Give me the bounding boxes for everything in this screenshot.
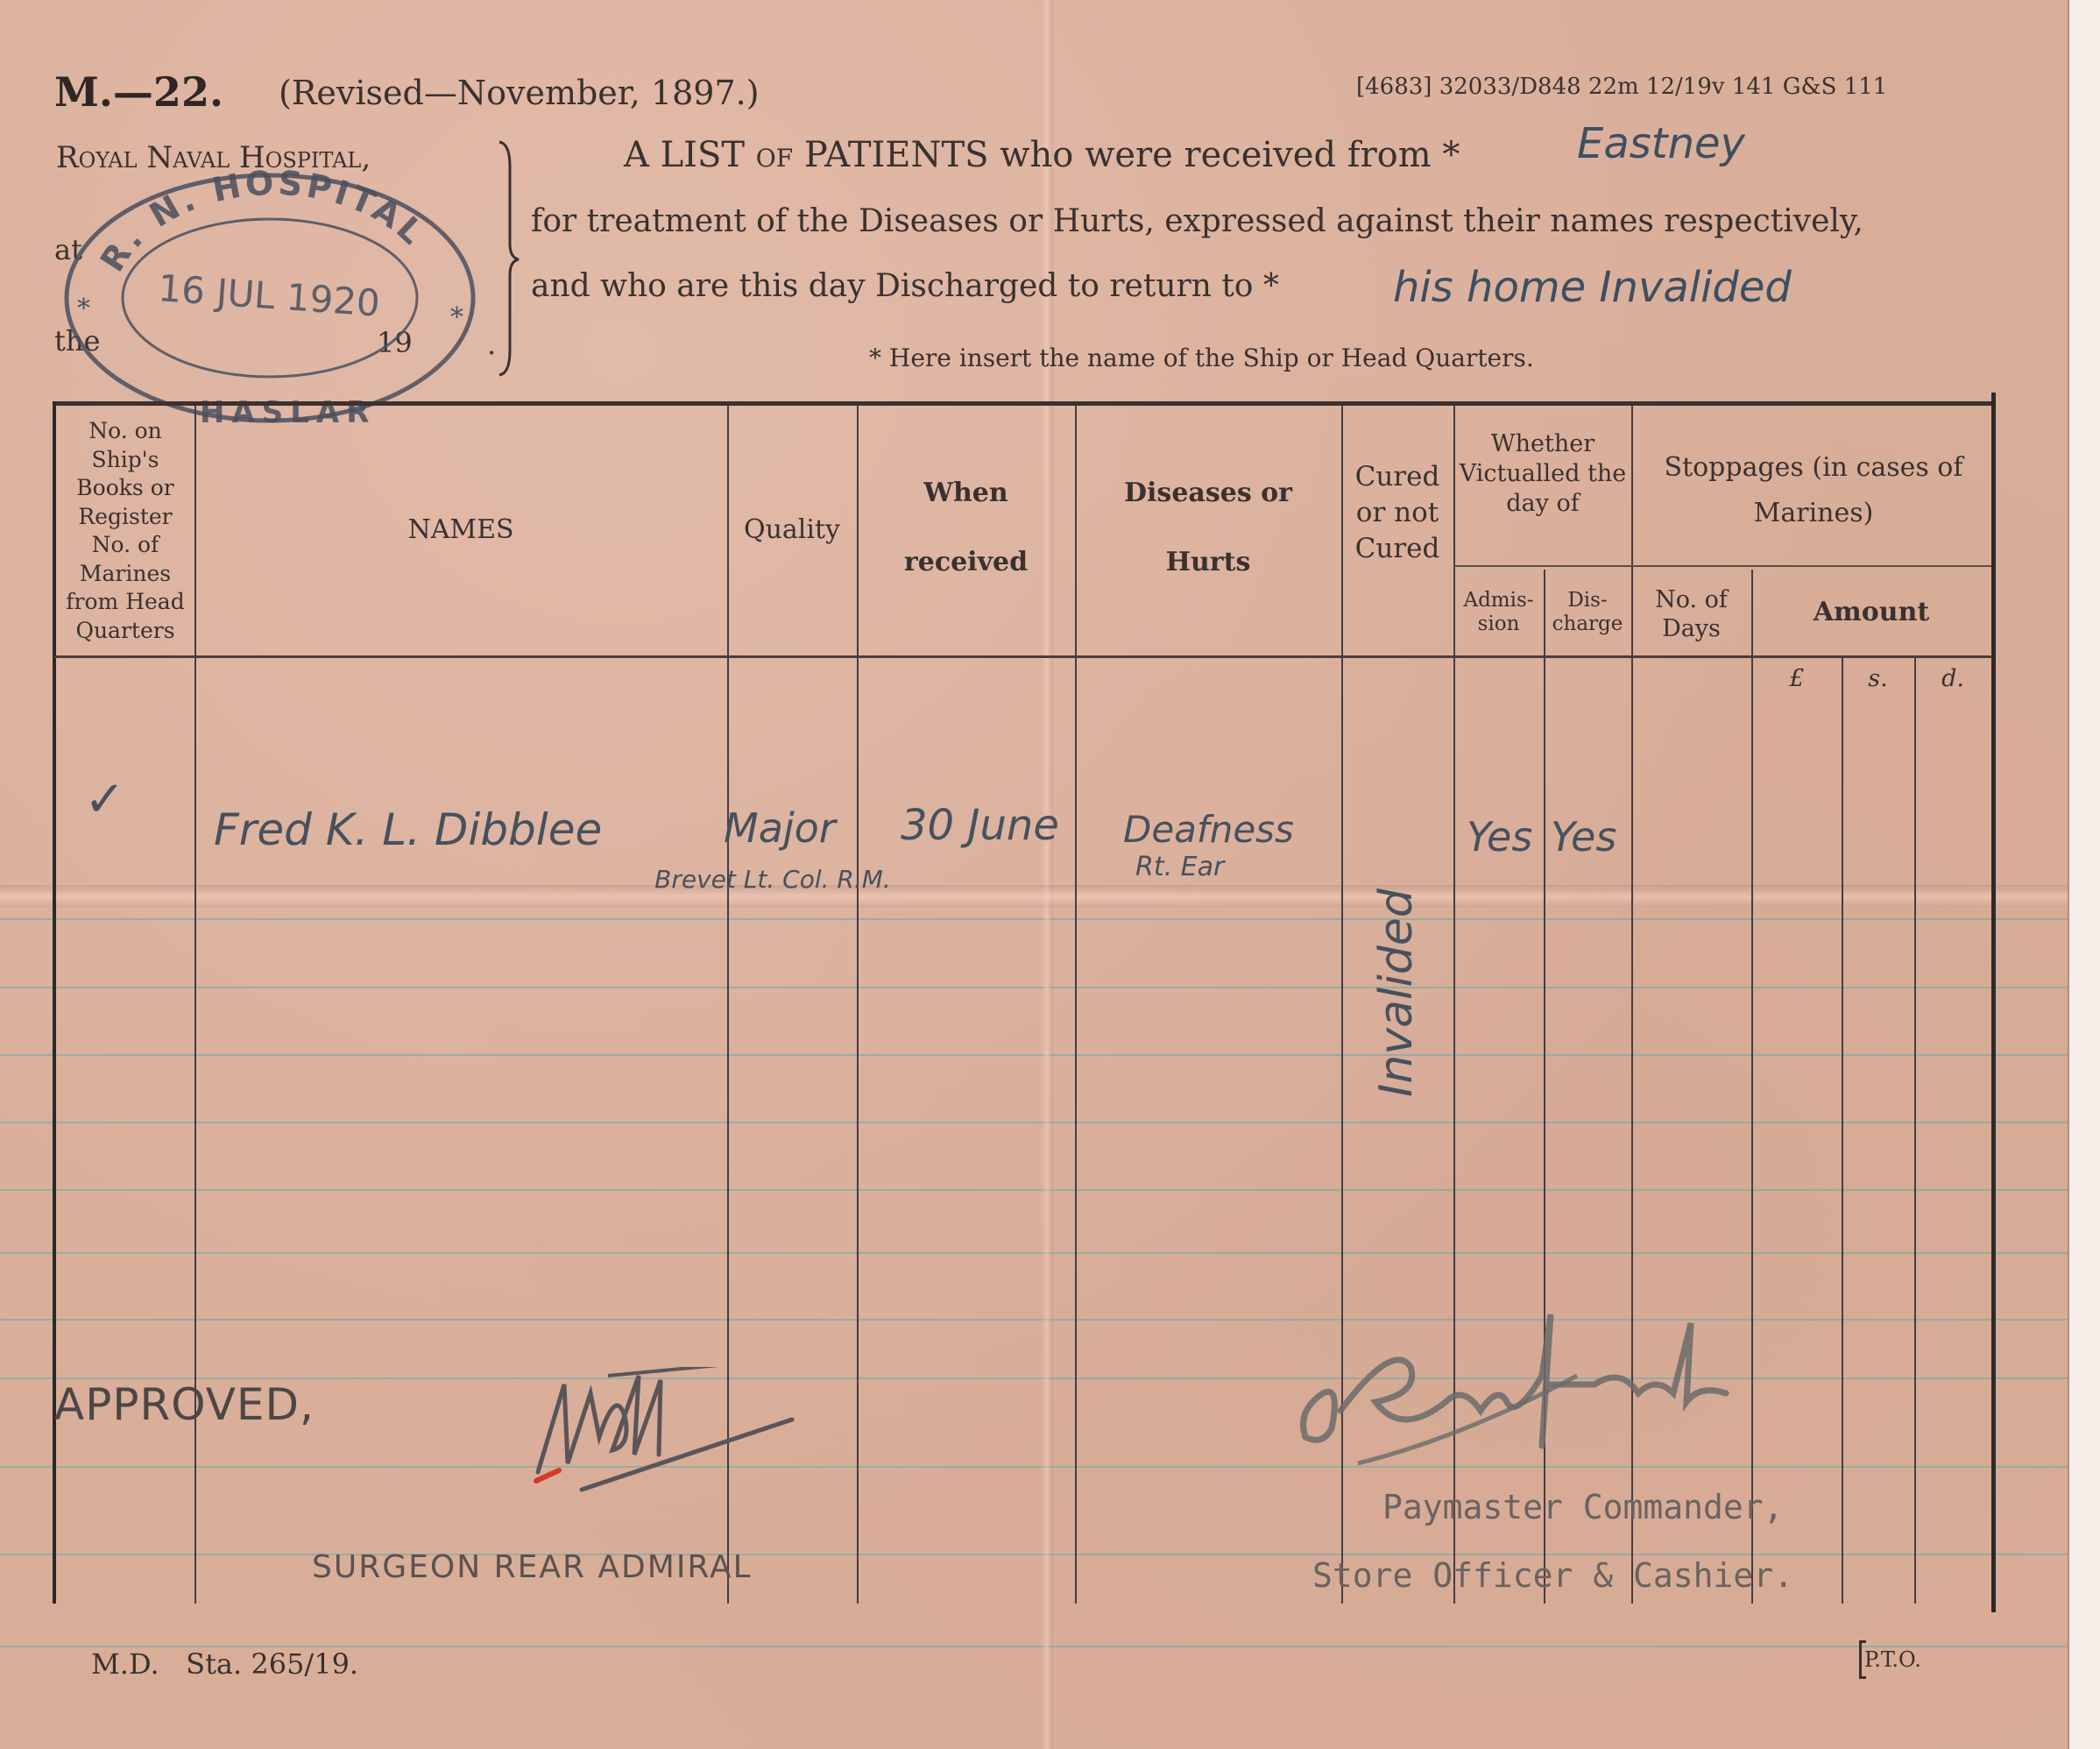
svg-text:16 JUL 1920: 16 JUL 1920: [157, 266, 381, 325]
col-header-days: No. of Days: [1631, 585, 1751, 643]
paymaster-title-2: Store Officer & Cashier.: [1312, 1556, 1793, 1595]
col-header-amount: Amount: [1751, 598, 1991, 627]
col-header-discharge: Dis-charge: [1545, 589, 1630, 636]
disease-note: Rt. Ear: [1135, 852, 1224, 882]
approved-label: APPROVED,: [54, 1379, 315, 1430]
header-bottom-border: [54, 655, 1992, 658]
ruled-line: [0, 987, 2068, 988]
column-divider: [1075, 406, 1077, 1604]
footnote: * Here insert the name of the Ship or He…: [869, 343, 1534, 372]
when-received-value: 30 June: [901, 801, 1059, 850]
form-reference: M.D. Sta. 265/19.: [91, 1647, 358, 1681]
treatment-line: for treatment of the Diseases or Hurts, …: [531, 203, 1863, 239]
col-header-ship-no: No. on Ship's Books or Register No. of M…: [56, 417, 194, 645]
ruled-line: [0, 918, 2068, 920]
subheader-divider: [1453, 565, 1631, 567]
svg-text:*: *: [450, 302, 463, 333]
svg-text:R. N. HOSPITAL: R. N. HOSPITAL: [93, 163, 434, 278]
col-header-diseases: Diseases or Hurts: [1075, 478, 1341, 577]
hospital-date-stamp: R. N. HOSPITAL 16 JUL 1920 * * HASLAR: [51, 159, 489, 431]
col-header-admission: Admis-sion: [1455, 589, 1542, 636]
received-from-field: Eastney: [1577, 119, 1745, 168]
col-header-quality: Quality: [727, 515, 857, 544]
column-divider: [1842, 657, 1843, 1604]
col-header-pence: d.: [1914, 664, 1991, 693]
approver-signature: [529, 1367, 810, 1507]
paymaster-signature: [1288, 1306, 1831, 1481]
ruled-line: [0, 1054, 2068, 1056]
fold-crease-horizontal: [0, 885, 2068, 908]
column-divider: [857, 406, 859, 1604]
patient-quality-note: Brevet Lt. Col. R.M.: [606, 862, 939, 897]
subheader-divider: [1631, 565, 1991, 567]
svg-text:HASLAR: HASLAR: [200, 395, 376, 430]
table-top-border: [54, 401, 1996, 406]
discharge-line: and who are this day Discharged to retur…: [531, 268, 1279, 304]
return-to-field: his home Invalided: [1393, 263, 1792, 312]
list-title: A LIST of PATIENTS who were received fro…: [624, 135, 1460, 175]
ruled-line: [0, 1554, 2068, 1555]
col-header-pounds: £: [1752, 664, 1842, 693]
check-mark-icon: ✓: [84, 771, 125, 828]
col-header-stoppages: Stoppages (in cases of Marines): [1647, 445, 1980, 536]
ruled-line: [0, 1189, 2068, 1191]
svg-text:*: *: [77, 294, 90, 324]
paymaster-title-1: Paymaster Commander,: [1382, 1488, 1784, 1526]
ruled-line: [0, 1252, 2068, 1254]
col-header-when: When received: [857, 478, 1075, 577]
col-header-victualled: Whether Victualled the day of: [1459, 429, 1627, 519]
form-number: M.—22.: [54, 68, 223, 116]
ruled-line: [0, 1122, 2068, 1123]
column-divider: [1914, 657, 1916, 1604]
col-header-cured: Cured or not Cured: [1345, 459, 1450, 567]
print-code: [4683] 32033/D848 22m 12/19v 141 G&S 111: [1356, 74, 1887, 100]
disease-value: Deafness: [1123, 808, 1294, 851]
victualled-admission-value: Yes: [1467, 813, 1532, 860]
revision-note: (Revised—November, 1897.): [279, 74, 760, 112]
please-turn-over: P.T.O.: [1864, 1647, 1921, 1672]
curly-brace-icon: [496, 140, 520, 377]
approver-title: SURGEON REAR ADMIRAL: [312, 1549, 753, 1585]
patient-quality: Major: [724, 804, 836, 852]
paper-edge: [2068, 0, 2100, 1749]
col-header-shillings: s.: [1842, 664, 1914, 693]
fold-crease-vertical: [1041, 0, 1053, 1749]
patient-name: Fred K. L. Dibblee: [214, 804, 602, 855]
cured-status-value: Invalided: [1370, 889, 1423, 1097]
col-header-names: NAMES: [194, 515, 727, 544]
table-right-border: [1991, 393, 1996, 1612]
victualled-discharge-value: Yes: [1551, 813, 1616, 860]
